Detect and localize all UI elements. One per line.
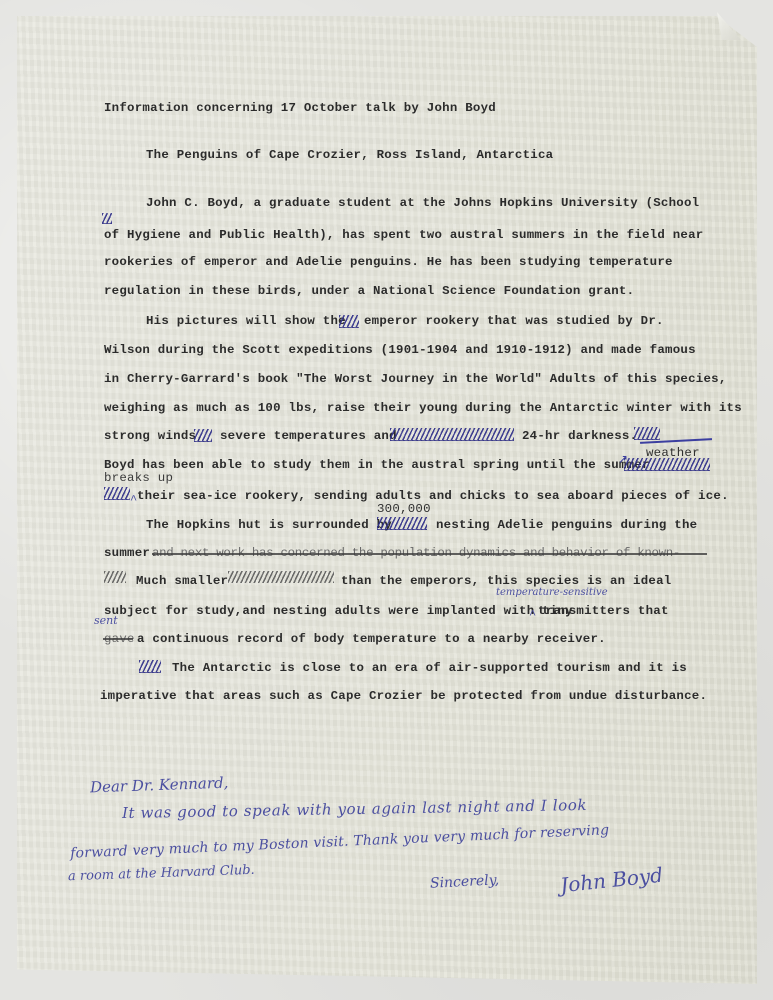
scribble-mark [634,427,660,440]
p3-line-3b: than the emperors, this species is an id… [341,574,671,588]
strikethrough-line [103,638,133,640]
p1-line-4: regulation in these birds, under a Natio… [104,284,634,298]
p2-line-6: Boyd has been able to study them in the … [104,458,650,472]
p3-line-1b: nesting Adelie penguins during the [436,518,697,532]
p2-line-5b: severe temperatures and [220,429,397,443]
scribble-mark [377,517,427,530]
scribble-mark [339,315,359,328]
insert-breaks-up: breaks up [104,471,173,485]
p3-line-1a: The Hopkins hut is surrounded by [146,518,392,532]
scribble-mark [139,660,161,673]
scribble-mark [102,213,112,224]
scribble-mark [194,429,212,442]
strikethrough-line [152,553,707,555]
p2-line-1a: His pictures will show the [146,314,346,328]
p3-line-5: a continuous record of body temperature … [137,632,606,646]
document-heading: Information concerning 17 October talk b… [104,101,496,115]
caret-icon: ^ [529,608,536,622]
p2-line-1b: emperor rookery that was studied by Dr. [364,314,664,328]
p3-line-4a: subject for study,and nesting adults wer… [104,604,573,618]
p2-line-2: Wilson during the Scott expeditions (190… [104,343,696,357]
p2-line-5c: 24-hr darkness. [522,429,637,443]
scribble-mark [104,571,126,583]
p2-line-7: their sea-ice rookery, sending adults an… [137,489,729,503]
insert-number: 300,000 [377,502,431,516]
insert-temperature-sensitive: temperature-sensitive [496,587,608,598]
document-title: The Penguins of Cape Crozier, Ross Islan… [146,148,553,162]
p1-line-2: of Hygiene and Public Health), has spent… [104,228,703,242]
p2-line-3: in Cherry-Garrard's book "The Worst Jour… [104,372,727,386]
p2-line-5a: strong winds, [104,429,204,443]
insert-sent: sent [94,614,118,627]
p4-line-1: The Antarctic is close to an era of air-… [172,661,687,675]
p4-line-2: imperative that areas such as Cape Crozi… [100,689,707,703]
p3-line-4b: transmitters that [538,604,669,618]
p1-line-3: rookeries of emperor and Adelie penguins… [104,255,673,269]
p3-line-3a: Much smaller [136,574,228,588]
scribble-mark [390,428,514,441]
scribble-mark [228,571,334,583]
p2-line-4: weighing as much as 100 lbs, raise their… [104,401,742,415]
scribble-mark [624,458,710,471]
p1-line-1: John C. Boyd, a graduate student at the … [146,196,699,210]
p3-line-2a: summer. [104,546,158,560]
scribble-mark [104,487,130,500]
